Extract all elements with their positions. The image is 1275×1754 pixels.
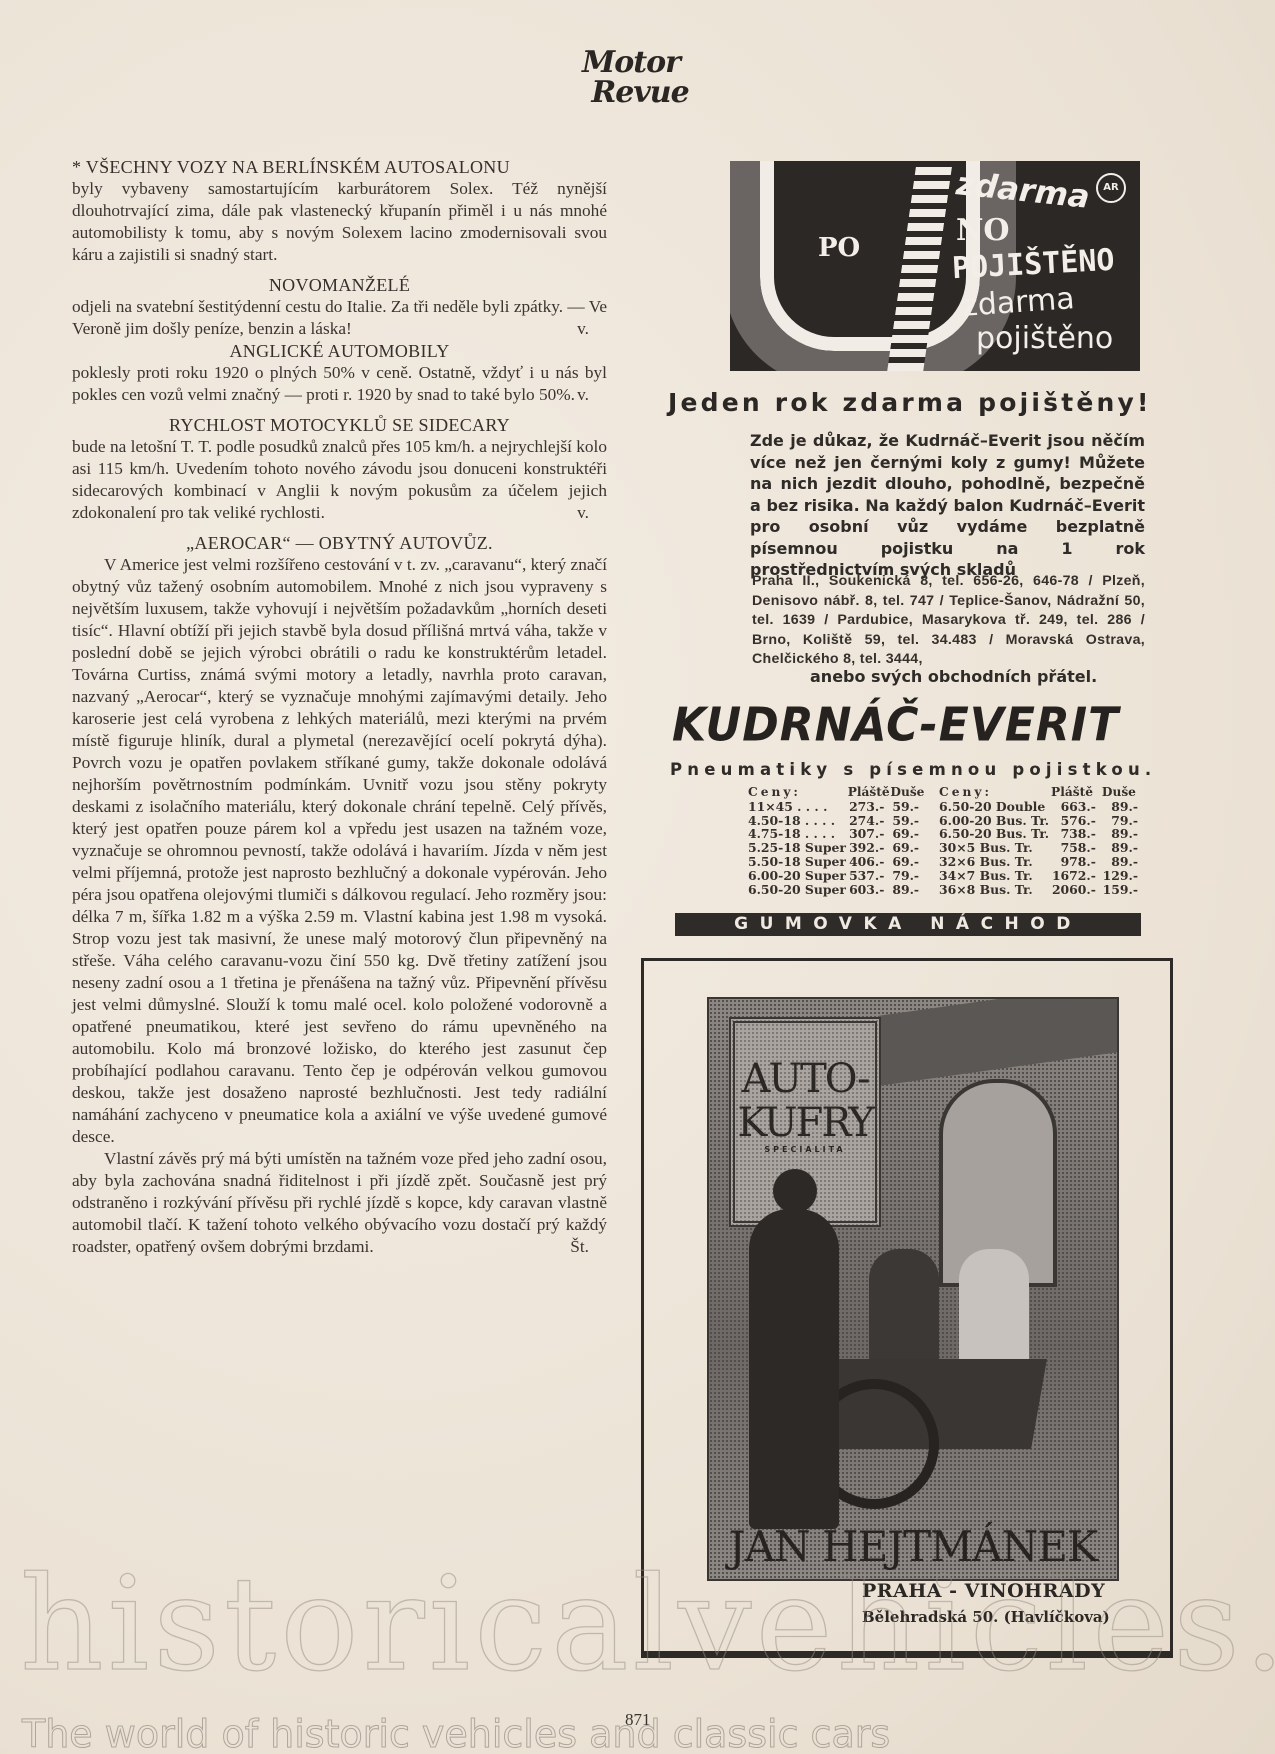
table-row: 4.50-18 . . . .274.-59.- 6.00-20 Bus. Tr… <box>748 814 1144 828</box>
porter-figure <box>869 1249 939 1369</box>
article-anglicke-automobily: ANGLICKÉ AUTOMOBILY poklesly proti roku … <box>72 340 607 406</box>
watermark-tagline: The world of historic vehicles and class… <box>22 1712 890 1754</box>
ad-addresses: Praha II., Soukenická 8, tel. 656-26, 64… <box>752 572 1145 670</box>
luggage-ad-illustration: AUTO-KUFRY SPECIALITA JAN HEJTMÁNEK <box>707 997 1119 1581</box>
article-body: poklesly proti roku 1920 o plných 50% v … <box>72 363 607 404</box>
article-paragraph: Vlastní závěs prý má býti umístěn na taž… <box>72 1149 607 1256</box>
table-row: 6.00-20 Super537.-79.- 34×7 Bus. Tr.1672… <box>748 869 1144 883</box>
brand-logo-icon: AR <box>1096 173 1126 203</box>
manufacturer-band: GUMOVKA NÁCHOD <box>675 913 1141 936</box>
banner-text-no: NO <box>956 213 1010 248</box>
article-body: bude na letošní T. T. podle posudků znal… <box>72 437 607 522</box>
table-row: 5.25-18 Super392.-69.- 30×5 Bus. Tr.758.… <box>748 841 1144 855</box>
article-heading: ANGLICKÉ AUTOMOBILY <box>72 340 607 362</box>
article-body: byly vybaveny samostartujícím karburátor… <box>72 178 607 266</box>
sign-subtitle: SPECIALITA <box>735 1145 875 1154</box>
ad-headline: Jeden rok zdarma pojištěny! <box>668 388 1148 417</box>
advertiser-city: PRAHA - VINOHRADY <box>862 1580 1105 1602</box>
tire-ad-banner: PO zdarma NO POJIŠTĚNO zdarma pojištěno … <box>730 161 1140 371</box>
masthead-line1: Motor <box>556 48 706 78</box>
article-heading: * VŠECHNY VOZY NA BERLÍNSKÉM AUTOSALONU <box>72 156 607 178</box>
article-heading: RYCHLOST MOTOCYKLŮ SE SIDECARY <box>72 414 607 436</box>
article-paragraph: V Americe jest velmi rozšířeno cestování… <box>72 554 607 1148</box>
article-column: * VŠECHNY VOZY NA BERLÍNSKÉM AUTOSALONU … <box>72 156 607 1258</box>
article-novomanzele: NOVOMANŽELÉ odjeli na svatební šestitýde… <box>72 274 607 340</box>
magazine-masthead: Motor Revue <box>556 48 706 108</box>
brand-subtitle: Pneumatiky s písemnou pojistkou. <box>670 760 1156 779</box>
article-heading: „AEROCAR“ — OBYTNÝ AUTOVŮZ. <box>72 532 607 554</box>
brand-wordmark: KUDRNÁČ-EVERIT <box>672 699 1142 753</box>
banner-tire-text: PO <box>818 233 860 263</box>
banner-text-pojisteno-2: pojištěno <box>976 321 1113 356</box>
table-row: 4.75-18 . . . .307.-69.- 6.50-20 Bus. Tr… <box>748 827 1144 841</box>
advertiser-address: Bělehradská 50. (Havlíčkova) <box>862 1608 1110 1626</box>
article-signature: Št. <box>538 1236 589 1258</box>
page-number: 871 <box>625 1710 651 1730</box>
sign-title: AUTO-KUFRY <box>735 1057 875 1145</box>
article-heading: NOVOMANŽELÉ <box>72 274 607 296</box>
article-solex: * VŠECHNY VOZY NA BERLÍNSKÉM AUTOSALONU … <box>72 156 607 266</box>
banner-text-pojisteno: POJIŠTĚNO <box>951 243 1115 286</box>
chauffeur-figure <box>749 1209 839 1529</box>
article-signature: v. <box>577 318 589 340</box>
ad-tail-text: anebo svých obchodních přátel. <box>810 667 1097 686</box>
ceiling-graphic <box>879 997 1117 1086</box>
table-row: 5.50-18 Super406.-69.- 32×6 Bus. Tr.978.… <box>748 855 1144 869</box>
advertiser-name: JAN HEJTMÁNEK <box>709 1522 1117 1571</box>
article-signature: v. <box>577 384 589 406</box>
article-body: odjeli na svatební šestitýdenní cestu do… <box>72 297 607 338</box>
table-row: 11×45 . . . .273.-59.- 6.50-20 Double663… <box>748 800 1144 814</box>
ad-body-text: Zde je důkaz, že Kudrnáč–Everit jsou něč… <box>750 430 1145 581</box>
article-aerocar: „AEROCAR“ — OBYTNÝ AUTOVŮZ. V Americe je… <box>72 532 607 1258</box>
masthead-line2: Revue <box>574 78 706 108</box>
price-table-header: Ceny: Pláště Duše Ceny: Pláště Duše <box>748 786 1144 800</box>
article-sidecary: RYCHLOST MOTOCYKLŮ SE SIDECARY bude na l… <box>72 414 607 524</box>
banner-text-zdarma-2: zdarma <box>961 281 1076 324</box>
article-signature: v. <box>577 502 589 524</box>
price-table: Ceny: Pláště Duše Ceny: Pláště Duše 11×4… <box>748 786 1144 896</box>
table-row: 6.50-20 Super603.-89.- 36×8 Bus. Tr.2060… <box>748 883 1144 897</box>
